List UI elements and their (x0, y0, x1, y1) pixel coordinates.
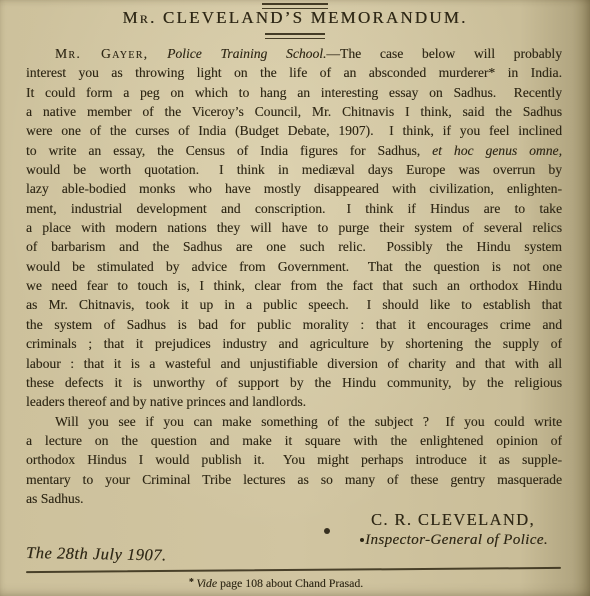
signature-role-text: Inspector-General of Police. (365, 532, 548, 548)
text-line: orthodox Hindus I would publish it. You … (26, 450, 562, 469)
text-segment: Police Training School. (167, 46, 326, 61)
memorandum-page: Mr. CLEVELAND’S MEMORANDUM. Mr. Gayer, P… (0, 0, 590, 596)
text-line: a lecture on the question and make it sq… (26, 431, 562, 450)
text-line: labour : that it is a wasteful and unjus… (26, 354, 562, 373)
memorandum-body: Mr. Gayer, Police Training School.—The c… (26, 44, 562, 508)
text-segment: a lecture on the question and make it sq… (26, 433, 562, 448)
text-segment: page 108 about Chand Prasad. (217, 576, 363, 590)
footnote: * Vide page 108 about Chand Prasad. (0, 576, 571, 591)
text-segment: the system of Sadhus is bad for public m… (26, 317, 562, 332)
text-line: these defects it is unworthy of support … (26, 373, 562, 392)
text-segment: mentary to your Criminal Tribe lectures … (26, 472, 562, 487)
text-segment: to write an essay, the Census of India f… (26, 143, 432, 158)
text-segment: Mr. Gayer, (55, 46, 148, 61)
text-line: Mr. Gayer, Police Training School.—The c… (26, 44, 562, 63)
text-line: were one of the curses of India (Budget … (26, 121, 562, 140)
text-line: would be stimulated by advice from Gover… (26, 257, 562, 276)
ink-spot (360, 538, 364, 542)
text-line: criminals ; that it prejudices industry … (26, 334, 562, 353)
text-segment: we need fear to touch is, I think, clear… (26, 278, 562, 293)
text-segment: Vide (196, 576, 217, 590)
text-segment: orthodox Hindus I would publish it. You … (26, 452, 562, 467)
text-line: Will you see if you can make something o… (26, 412, 562, 431)
text-segment: a place with modern nations they will ha… (26, 220, 562, 235)
footnote-rule (26, 567, 561, 573)
text-line: mentary to your Criminal Tribe lectures … (26, 470, 562, 489)
signature-name: C. R. CLEVELAND, (371, 510, 535, 530)
text-line: a place with modern nations they will ha… (26, 218, 562, 237)
text-line: lazy able-bodied monks who have mostly d… (26, 179, 562, 198)
dateline: The 28th July 1907. (26, 543, 167, 565)
text-line: the system of Sadhus is bad for public m… (26, 315, 562, 334)
text-segment: Will you see if you can make something o… (55, 414, 562, 429)
text-segment: as Sadhus. (26, 491, 83, 506)
text-segment (148, 46, 167, 61)
text-line: It could form a peg on which to hang an … (26, 83, 562, 102)
text-line: would be worth quotation. I think in med… (26, 160, 562, 179)
text-line: to write an essay, the Census of India f… (26, 141, 562, 160)
text-segment: these defects it is unworthy of support … (26, 375, 562, 390)
text-segment: as Mr. Chitnavis, took it up in a public… (26, 297, 562, 312)
text-segment: et hoc genus omne, (432, 143, 562, 158)
text-segment: ment, industrial development and conscri… (26, 201, 562, 216)
text-line: we need fear to touch is, I think, clear… (26, 276, 562, 295)
text-line: interest you as throwing light on the li… (26, 63, 562, 82)
text-line: a native member of the Viceroy’s Council… (26, 102, 562, 121)
text-line: leaders thereof and by native princes an… (26, 392, 562, 411)
text-line: as Mr. Chitnavis, took it up in a public… (26, 295, 562, 314)
text-segment: would be worth quotation. I think in med… (26, 162, 562, 177)
text-segment: leaders thereof and by native princes an… (26, 394, 306, 409)
text-segment: It could form a peg on which to hang an … (26, 85, 562, 100)
text-segment: criminals ; that it prejudices industry … (26, 336, 562, 351)
text-line: of barbarism and the Sadhus are one such… (26, 237, 562, 256)
text-segment: labour : that it is a wasteful and unjus… (26, 356, 562, 371)
ornamental-double-rule-under-title (265, 33, 325, 39)
signature-role: Inspector-General of Police. (360, 532, 548, 549)
ink-spot (324, 528, 330, 534)
text-segment: —The case below will probably (326, 46, 562, 61)
text-segment: of barbarism and the Sadhus are one such… (26, 239, 562, 254)
text-segment: lazy able-bodied monks who have mostly d… (26, 181, 562, 196)
page-title: Mr. CLEVELAND’S MEMORANDUM. (0, 8, 590, 28)
text-segment: interest you as throwing light on the li… (26, 65, 562, 80)
text-segment: would be stimulated by advice from Gover… (26, 259, 562, 274)
text-line: as Sadhus. (26, 489, 562, 508)
text-line: ment, industrial development and conscri… (26, 199, 562, 218)
text-segment: a native member of the Viceroy’s Council… (26, 104, 562, 119)
text-segment: were one of the curses of India (Budget … (26, 123, 562, 138)
